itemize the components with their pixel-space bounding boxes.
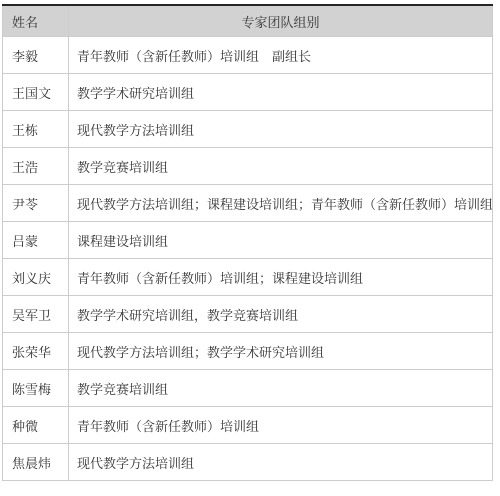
group-cell: 青年教师（含新任教师）培训组: [69, 407, 493, 444]
group-cell: 现代教学方法培训组: [69, 111, 493, 148]
table-body: 李毅 青年教师（含新任教师）培训组 副组长 王国文 教学学术研究培训组 王栋 现…: [3, 37, 493, 481]
name-cell: 焦晨炜: [3, 444, 69, 481]
name-cell: 刘义庆: [3, 259, 69, 296]
name-cell: 种微: [3, 407, 69, 444]
name-cell: 王浩: [3, 148, 69, 185]
table-row: 陈雪梅 教学竞赛培训组: [3, 370, 493, 407]
table-head: 姓名 专家团队组别: [3, 5, 493, 37]
group-cell: 教学竞赛培训组: [69, 370, 493, 407]
name-cell: 李毅: [3, 37, 69, 74]
table-row: 王国文 教学学术研究培训组: [3, 74, 493, 111]
name-cell: 尹苓: [3, 185, 69, 222]
name-cell: 王栋: [3, 111, 69, 148]
group-cell: 青年教师（含新任教师）培训组；课程建设培训组: [69, 259, 493, 296]
table-row: 王浩 教学竞赛培训组: [3, 148, 493, 185]
group-cell: 教学学术研究培训组，教学竞赛培训组: [69, 296, 493, 333]
group-cell: 现代教学方法培训组: [69, 444, 493, 481]
name-cell: 张荣华: [3, 333, 69, 370]
group-cell: 教学竞赛培训组: [69, 148, 493, 185]
table-header-row: 姓名 专家团队组别: [3, 5, 493, 37]
table-row: 张荣华 现代教学方法培训组；教学学术研究培训组: [3, 333, 493, 370]
table-row: 王栋 现代教学方法培训组: [3, 111, 493, 148]
table-row: 刘义庆 青年教师（含新任教师）培训组；课程建设培训组: [3, 259, 493, 296]
name-cell: 吴军卫: [3, 296, 69, 333]
header-cell-group: 专家团队组别: [69, 5, 493, 37]
table-row: 吕蒙 课程建设培训组: [3, 222, 493, 259]
table-row: 焦晨炜 现代教学方法培训组: [3, 444, 493, 481]
table-row: 李毅 青年教师（含新任教师）培训组 副组长: [3, 37, 493, 74]
name-cell: 王国文: [3, 74, 69, 111]
group-cell: 青年教师（含新任教师）培训组 副组长: [69, 37, 493, 74]
table-row: 种微 青年教师（含新任教师）培训组: [3, 407, 493, 444]
page: 姓名 专家团队组别 李毅 青年教师（含新任教师）培训组 副组长 王国文 教学学术…: [0, 0, 500, 496]
group-cell: 课程建设培训组: [69, 222, 493, 259]
group-cell: 现代教学方法培训组；教学学术研究培训组: [69, 333, 493, 370]
expert-team-table: 姓名 专家团队组别 李毅 青年教师（含新任教师）培训组 副组长 王国文 教学学术…: [2, 4, 493, 481]
group-cell: 教学学术研究培训组: [69, 74, 493, 111]
header-cell-name: 姓名: [3, 5, 69, 37]
table-row: 吴军卫 教学学术研究培训组，教学竞赛培训组: [3, 296, 493, 333]
name-cell: 吕蒙: [3, 222, 69, 259]
group-cell: 现代教学方法培训组；课程建设培训组；青年教师（含新任教师）培训组: [69, 185, 493, 222]
table-row: 尹苓 现代教学方法培训组；课程建设培训组；青年教师（含新任教师）培训组: [3, 185, 493, 222]
name-cell: 陈雪梅: [3, 370, 69, 407]
